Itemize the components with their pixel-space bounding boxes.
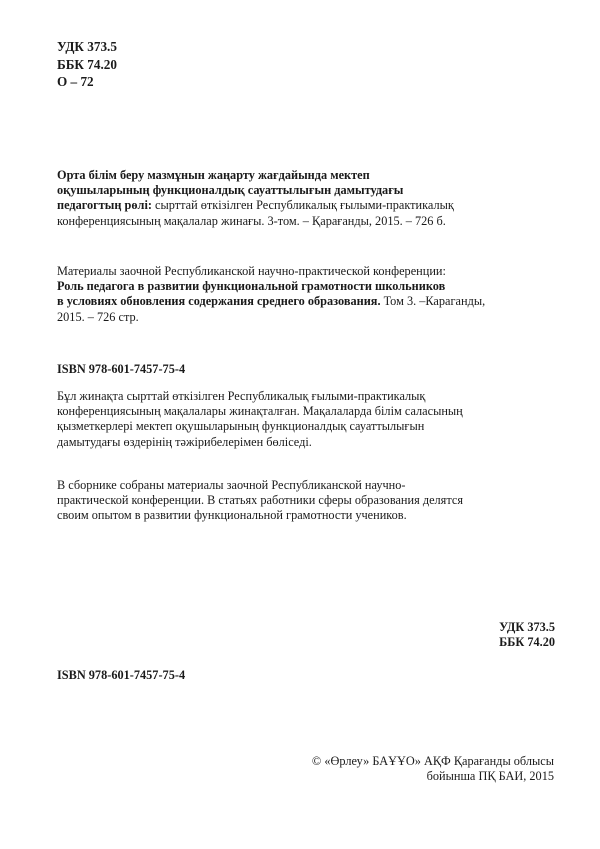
copyright-line: бойынша ПҚ БАИ, 2015 (312, 769, 554, 784)
title-ru-line: 2015. – 726 стр. (57, 310, 557, 325)
isbn-bottom: ISBN 978-601-7457-75-4 (57, 668, 557, 683)
abstract-kz-line: дамытудағы өздерінің тәжірибелерімен бөл… (57, 435, 557, 450)
isbn: ISBN 978-601-7457-75-4 (57, 362, 557, 377)
author-mark: О – 72 (57, 73, 557, 91)
abstract-kz: Бұл жинақта сырттай өткізілген Республик… (57, 389, 557, 450)
abstract-ru-line: практической конференции. В статьях рабо… (57, 493, 557, 508)
title-kz-line: оқушыларының функционалдық сауаттылығын … (57, 183, 557, 198)
bbk-code: ББК 74.20 (57, 56, 557, 74)
title-ru-line: Роль педагога в развитии функциональной … (57, 279, 557, 294)
title-kz-line: Орта білім беру мазмұнын жаңарту жағдайы… (57, 168, 557, 183)
title-kz-line: конференциясының мақалалар жинағы. 3-том… (57, 214, 557, 229)
footer-classification-codes: УДК 373.5 ББК 74.20 (499, 620, 555, 650)
title-kz-bold-end: педагогтың рөлі: (57, 198, 152, 212)
copyright-notice: © «Өрлеу» БАҰҰО» АҚФ Қарағанды облысы бо… (312, 754, 554, 784)
title-kz-description: сырттай өткізілген Республикалық ғылыми-… (152, 198, 454, 212)
bbk-code: ББК 74.20 (499, 635, 555, 650)
title-kz-line: педагогтың рөлі: сырттай өткізілген Респ… (57, 198, 557, 213)
udk-code: УДК 373.5 (499, 620, 555, 635)
imprint-page: УДК 373.5 ББК 74.20 О – 72 Орта білім бе… (0, 0, 600, 849)
title-ru-volume: Том 3. –Караганды, (381, 294, 486, 308)
copyright-line: © «Өрлеу» БАҰҰО» АҚФ Қарағанды облысы (312, 754, 554, 769)
abstract-kz-line: конференциясының мақалалары жинақталған.… (57, 404, 557, 419)
udk-code: УДК 373.5 (57, 38, 557, 56)
title-ru-bold-end: в условиях обновления содержания среднег… (57, 294, 381, 308)
classification-codes: УДК 373.5 ББК 74.20 О – 72 (57, 38, 557, 91)
abstract-ru: В сборнике собраны материалы заочной Рес… (57, 478, 557, 524)
bibliographic-entry-kz: Орта білім беру мазмұнын жаңарту жағдайы… (57, 168, 557, 229)
abstract-ru-line: своим опытом в развитии функциональной г… (57, 508, 557, 523)
abstract-ru-line: В сборнике собраны материалы заочной Рес… (57, 478, 557, 493)
title-ru-line: в условиях обновления содержания среднег… (57, 294, 557, 309)
abstract-kz-line: қызметкерлері мектеп оқушыларының функци… (57, 419, 557, 434)
bibliographic-entry-ru: Материалы заочной Республиканской научно… (57, 264, 557, 325)
abstract-kz-line: Бұл жинақта сырттай өткізілген Республик… (57, 389, 557, 404)
title-ru-line: Материалы заочной Республиканской научно… (57, 264, 557, 279)
